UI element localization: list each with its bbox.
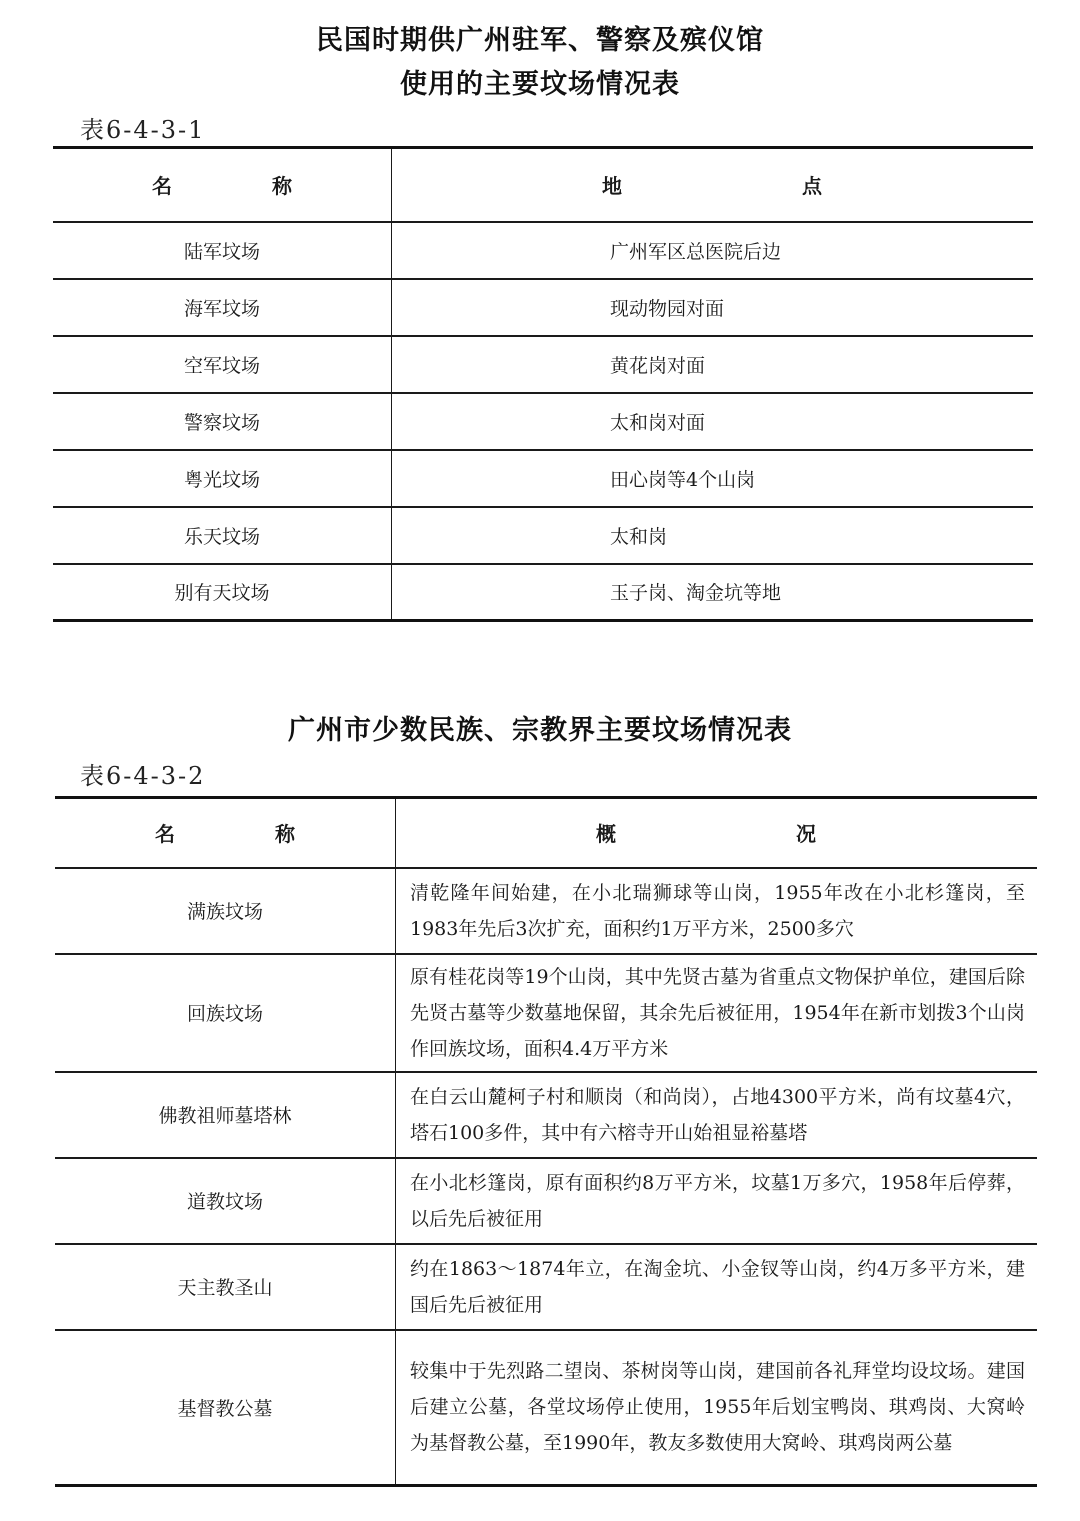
cell-name: 陆军坟场 [53, 222, 392, 279]
table-row: 佛教祖师墓塔林 在白云山麓柯子村和顺岗（和尚岗），占地4300平方米，尚有坟墓4… [55, 1072, 1037, 1158]
cell-name: 基督教公墓 [55, 1330, 396, 1486]
header-overview: 概 况 [396, 798, 1038, 868]
table1-header-row: 名 称 地 点 [53, 148, 1033, 222]
cell-location: 太和岗 [392, 507, 1034, 564]
header-location: 地 点 [392, 148, 1034, 222]
header-name: 名 称 [55, 798, 396, 868]
header-overview-char2: 况 [796, 818, 816, 847]
cell-name: 乐天坟场 [53, 507, 392, 564]
table1-title-line1: 民国时期供广州驻军、警察及殡仪馆 [0, 18, 1080, 57]
table-row: 陆军坟场 广州军区总医院后边 [53, 222, 1033, 279]
table-row: 天主教圣山 约在1863～1874年立，在淘金坑、小金钗等山岗，约4万多平方米，… [55, 1244, 1037, 1330]
cell-name: 道教坟场 [55, 1158, 396, 1244]
table-row: 乐天坟场 太和岗 [53, 507, 1033, 564]
header-name-char1: 名 [155, 818, 175, 847]
cell-description: 清乾隆年间始建，在小北瑞狮球等山岗，1955年改在小北杉篷岗，至1983年先后3… [396, 868, 1038, 954]
cell-description: 在小北杉篷岗，原有面积约8万平方米，坟墓1万多穴，1958年后停葬，以后先后被征… [396, 1158, 1038, 1244]
table-row: 警察坟场 太和岗对面 [53, 393, 1033, 450]
table-row: 道教坟场 在小北杉篷岗，原有面积约8万平方米，坟墓1万多穴，1958年后停葬，以… [55, 1158, 1037, 1244]
table2-label: 表6-4-3-2 [80, 756, 205, 791]
cell-description: 在白云山麓柯子村和顺岗（和尚岗），占地4300平方米，尚有坟墓4穴，塔石100多… [396, 1072, 1038, 1158]
table2-title: 广州市少数民族、宗教界主要坟场情况表 [0, 708, 1080, 747]
cell-name: 空军坟场 [53, 336, 392, 393]
header-name-char1: 名 [152, 170, 172, 199]
header-overview-char1: 概 [596, 818, 616, 847]
table-row: 回族坟场 原有桂花岗等19个山岗，其中先贤古墓为省重点文物保护单位，建国后除先贤… [55, 954, 1037, 1072]
table-row: 满族坟场 清乾隆年间始建，在小北瑞狮球等山岗，1955年改在小北杉篷岗，至198… [55, 868, 1037, 954]
header-location-char1: 地 [602, 170, 622, 199]
cell-name: 警察坟场 [53, 393, 392, 450]
table-row: 别有天坟场 玉子岗、淘金坑等地 [53, 564, 1033, 621]
cell-name: 佛教祖师墓塔林 [55, 1072, 396, 1158]
cell-description: 较集中于先烈路二望岗、茶树岗等山岗，建国前各礼拜堂均设坟场。建国后建立公墓，各堂… [396, 1330, 1038, 1486]
cell-location: 广州军区总医院后边 [392, 222, 1034, 279]
table-row: 粤光坟场 田心岗等4个山岗 [53, 450, 1033, 507]
cell-location: 黄花岗对面 [392, 336, 1034, 393]
cell-location: 太和岗对面 [392, 393, 1034, 450]
cell-name: 回族坟场 [55, 954, 396, 1072]
table2-header-row: 名 称 概 况 [55, 798, 1037, 868]
table1-title-line2: 使用的主要坟场情况表 [0, 62, 1080, 101]
cell-name: 天主教圣山 [55, 1244, 396, 1330]
cell-name: 别有天坟场 [53, 564, 392, 621]
table-row: 海军坟场 现动物园对面 [53, 279, 1033, 336]
cell-name: 粤光坟场 [53, 450, 392, 507]
header-name: 名 称 [53, 148, 392, 222]
cell-name: 海军坟场 [53, 279, 392, 336]
header-location-char2: 点 [802, 170, 822, 199]
cell-location: 田心岗等4个山岗 [392, 450, 1034, 507]
cell-location: 玉子岗、淘金坑等地 [392, 564, 1034, 621]
table-row: 空军坟场 黄花岗对面 [53, 336, 1033, 393]
table2-ethnic-religious-cemeteries: 名 称 概 况 满族坟场 清乾隆年间始建，在小北瑞狮球等山岗，1955年改在小北… [55, 796, 1037, 1487]
header-name-char2: 称 [272, 170, 292, 199]
header-name-char2: 称 [275, 818, 295, 847]
table1-label: 表6-4-3-1 [80, 110, 205, 145]
table1-cemeteries: 名 称 地 点 陆军坟场 广州军区总医院后边 海军坟场 现动物园对面 空军坟场 … [53, 146, 1033, 622]
cell-location: 现动物园对面 [392, 279, 1034, 336]
cell-description: 约在1863～1874年立，在淘金坑、小金钗等山岗，约4万多平方米，建国后先后被… [396, 1244, 1038, 1330]
cell-description: 原有桂花岗等19个山岗，其中先贤古墓为省重点文物保护单位，建国后除先贤古墓等少数… [396, 954, 1038, 1072]
table-row: 基督教公墓 较集中于先烈路二望岗、茶树岗等山岗，建国前各礼拜堂均设坟场。建国后建… [55, 1330, 1037, 1486]
cell-name: 满族坟场 [55, 868, 396, 954]
